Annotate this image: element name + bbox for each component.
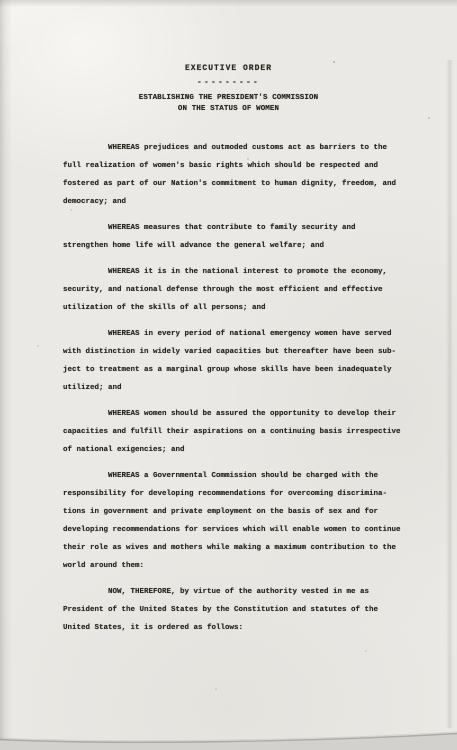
paper-right-edge-line	[446, 60, 453, 728]
document-subtitle-line2: ON THE STATUS OF WOMEN	[0, 105, 457, 113]
paper-bottom-curl-shadow	[0, 726, 457, 750]
document-line: their role as wives and mothers while ma…	[63, 539, 413, 557]
document-line: NOW, THEREFORE, by virtue of the authori…	[63, 583, 413, 601]
scan-speck	[428, 117, 430, 119]
title-divider-dashes: ---------	[0, 78, 457, 87]
document-line: ject to treatment as a marginal group wh…	[63, 361, 413, 379]
paper-corner-fold	[0, 0, 130, 62]
document-paragraph: NOW, THEREFORE, by virtue of the authori…	[63, 583, 413, 637]
document-line: democracy; and	[63, 193, 413, 211]
document-body: WHEREAS prejudices and outmoded customs …	[63, 139, 413, 645]
document-title: EXECUTIVE ORDER	[0, 64, 457, 73]
document-paragraph: WHEREAS it is in the national interest t…	[63, 263, 413, 317]
document-subtitle-line1: ESTABLISHING THE PRESIDENT'S COMMISSION	[0, 94, 457, 102]
document-paragraph: WHEREAS prejudices and outmoded customs …	[63, 139, 413, 211]
document-line: with distinction in widely varied capaci…	[63, 343, 413, 361]
paper-top-edge-shadow	[0, 0, 457, 7]
document-line: WHEREAS prejudices and outmoded customs …	[63, 139, 413, 157]
document-line: developing recommendations for services …	[63, 521, 413, 539]
document-line: WHEREAS women should be assured the oppo…	[63, 405, 413, 423]
scan-speck	[333, 61, 335, 63]
document-line: security, and national defense through t…	[63, 281, 413, 299]
document-paragraph: WHEREAS a Governmental Commission should…	[63, 467, 413, 575]
scan-speck	[247, 158, 249, 160]
document-line: strengthen home life will advance the ge…	[63, 237, 413, 255]
scan-speck	[365, 650, 367, 652]
scanned-document: EXECUTIVE ORDER --------- ESTABLISHING T…	[0, 0, 457, 750]
document-line: WHEREAS it is in the national interest t…	[63, 263, 413, 281]
scan-speck	[215, 688, 217, 690]
document-line: fostered as part of our Nation's commitm…	[63, 175, 413, 193]
document-line: capacities and fulfill their aspirations…	[63, 423, 413, 441]
document-line: WHEREAS a Governmental Commission should…	[63, 467, 413, 485]
scan-speck	[37, 345, 39, 347]
paper-sheet: EXECUTIVE ORDER --------- ESTABLISHING T…	[0, 0, 457, 742]
document-line: utilized; and	[63, 379, 413, 397]
document-line: United States, it is ordered as follows:	[63, 619, 413, 637]
document-line: WHEREAS measures that contribute to fami…	[63, 219, 413, 237]
document-line: full realization of women's basic rights…	[63, 157, 413, 175]
document-line: President of the United States by the Co…	[63, 601, 413, 619]
document-line: responsibility for developing recommenda…	[63, 485, 413, 503]
document-line: utilization of the skills of all persons…	[63, 299, 413, 317]
document-paragraph: WHEREAS women should be assured the oppo…	[63, 405, 413, 459]
scan-speck	[70, 209, 72, 211]
document-line: world around them:	[63, 557, 413, 575]
document-paragraph: WHEREAS in every period of national emer…	[63, 325, 413, 397]
document-line: WHEREAS in every period of national emer…	[63, 325, 413, 343]
document-paragraph: WHEREAS measures that contribute to fami…	[63, 219, 413, 255]
document-line: tions in government and private employme…	[63, 503, 413, 521]
document-line: of national exigencies; and	[63, 441, 413, 459]
